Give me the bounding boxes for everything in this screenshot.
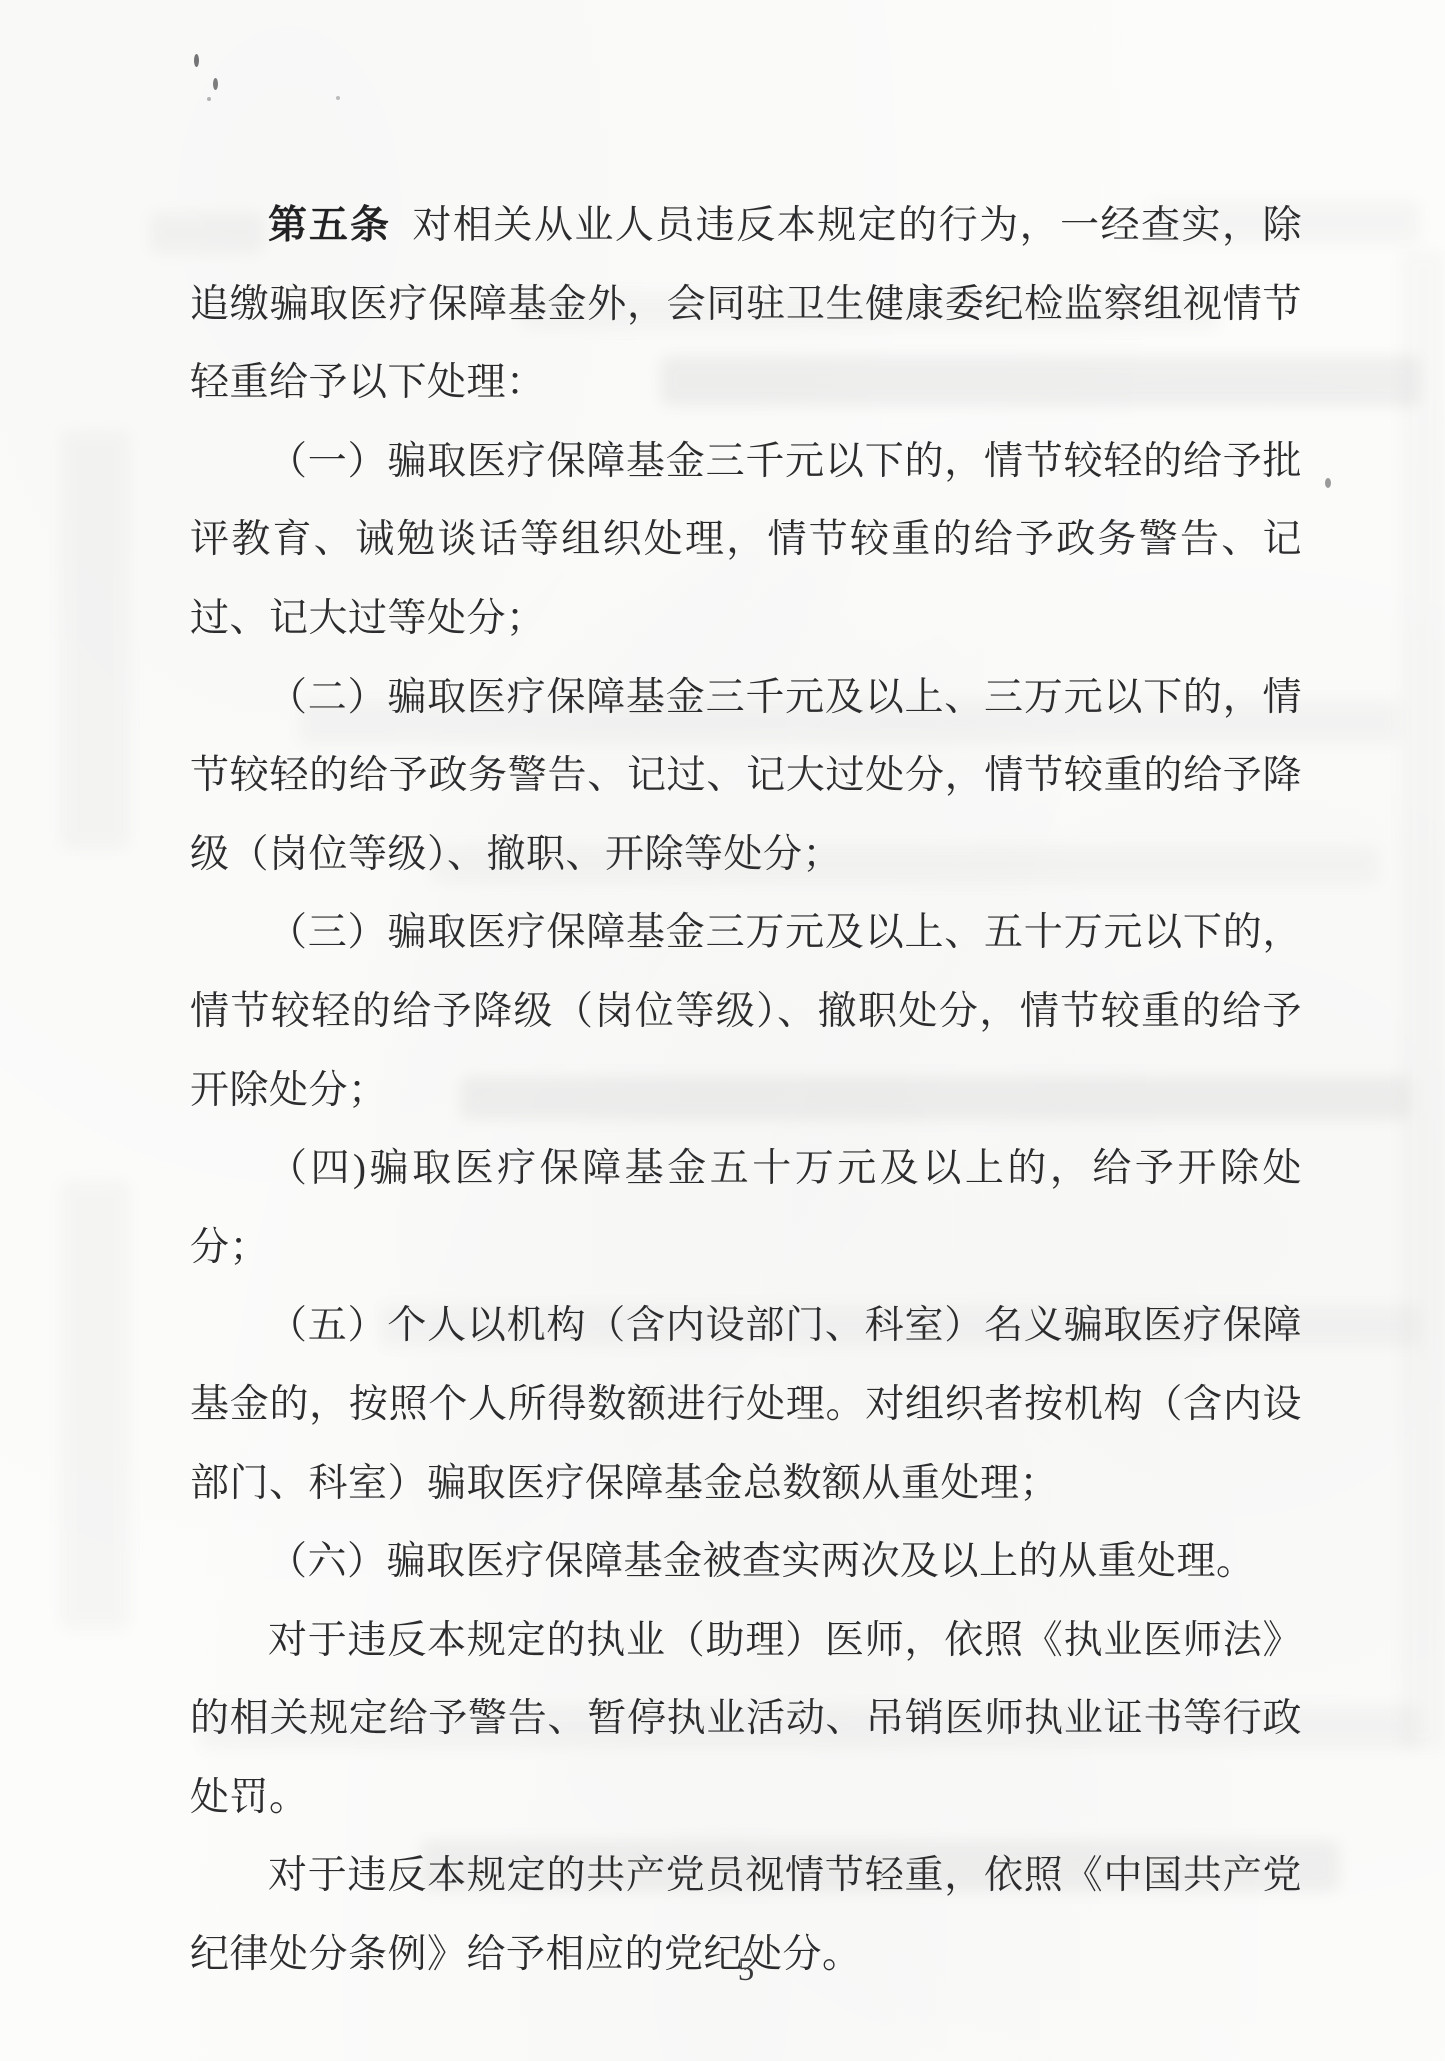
closing-paragraph-1: 对于违反本规定的执业（助理）医师，依照《执业医师法》的相关规定给予警告、暂停执业…: [190, 1602, 1302, 1838]
clause-item-3: （三）骗取医疗保障基金三万元及以上、五十万元以下的，情节较轻的给予降级（岗位等级…: [190, 894, 1302, 1130]
scan-speck: [336, 96, 340, 100]
bleedthrough-smudge: [60, 430, 130, 850]
clause-item-5: （五）个人以机构（含内设部门、科室）名义骗取医疗保障基金的，按照个人所得数额进行…: [190, 1287, 1302, 1523]
article-paragraph: 第五条对相关从业人员违反本规定的行为，一经查实，除追缴骗取医疗保障基金外，会同驻…: [190, 187, 1302, 423]
clause-item-4: （四)骗取医疗保障基金五十万元及以上的，给予开除处分；: [190, 1130, 1302, 1287]
scanned-document-page: 第五条对相关从业人员违反本规定的行为，一经查实，除追缴骗取医疗保障基金外，会同驻…: [0, 0, 1445, 2061]
scan-speck: [194, 54, 199, 67]
scan-speck: [1325, 478, 1331, 488]
bleedthrough-smudge: [60, 1180, 130, 1630]
page-number: 5: [190, 1952, 1302, 1989]
scan-speck: [207, 97, 211, 101]
scan-speck: [213, 78, 218, 90]
clause-item-2: （二）骗取医疗保障基金三千元及以上、三万元以下的，情节较轻的给予政务警告、记过、…: [190, 659, 1302, 895]
bleedthrough-smudge: [1400, 250, 1445, 1750]
article-number-label: 第五条: [268, 204, 391, 247]
document-body: 第五条对相关从业人员违反本规定的行为，一经查实，除追缴骗取医疗保障基金外，会同驻…: [190, 187, 1302, 1995]
clause-item-1: （一）骗取医疗保障基金三千元以下的，情节较轻的给予批评教育、诫勉谈话等组织处理，…: [190, 423, 1302, 659]
clause-item-6: （六）骗取医疗保障基金被查实两次及以上的从重处理。: [190, 1523, 1302, 1602]
